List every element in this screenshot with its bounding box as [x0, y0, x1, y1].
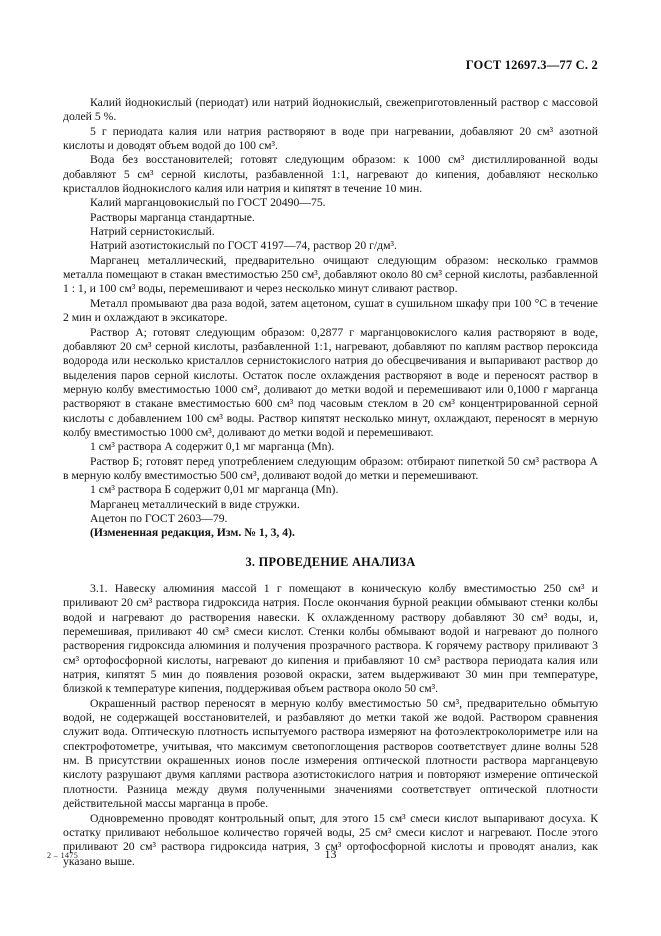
- paragraph: 1 см³ раствора А содержит 0,1 мг марганц…: [63, 440, 598, 454]
- print-order-number: 2 – 1475: [47, 851, 78, 860]
- paragraph: Марганец металлический в виде стружки.: [63, 498, 598, 512]
- paragraph: Окрашенный раствор переносят в мерную ко…: [63, 697, 598, 812]
- paragraph: Раствор А; готовят следующим образом: 0,…: [63, 326, 598, 441]
- paragraph: Калий марганцовокислый по ГОСТ 20490—75.: [63, 196, 598, 210]
- document-footer: 13 2 – 1475: [0, 847, 661, 865]
- paragraph: Ацетон по ГОСТ 2603—79.: [63, 512, 598, 526]
- paragraph: Раствор Б; готовят перед употреблением с…: [63, 455, 598, 484]
- paragraph: Вода без восстановителей; готовят следую…: [63, 153, 598, 196]
- paragraph: 3.1. Навеску алюминия массой 1 г помещаю…: [63, 582, 598, 697]
- paragraph: Натрий азотистокислый по ГОСТ 4197—74, р…: [63, 239, 598, 253]
- paragraph: Калий йоднокислый (периодат) или натрий …: [63, 96, 598, 125]
- paragraph: 1 см³ раствора Б содержит 0,01 мг марган…: [63, 483, 598, 497]
- page-number: 13: [0, 847, 661, 862]
- paragraph: 5 г периодата калия или натрия растворяю…: [63, 125, 598, 154]
- paragraph: Натрий сернистокислый.: [63, 225, 598, 239]
- document-header: ГОСТ 12697.3—77 С. 2: [63, 58, 598, 73]
- document-body: Калий йоднокислый (периодат) или натрий …: [63, 96, 598, 869]
- section-heading: 3. ПРОВЕДЕНИЕ АНАЛИЗА: [63, 555, 598, 569]
- paragraph: Металл промывают два раза водой, затем а…: [63, 297, 598, 326]
- amendment-note: (Измененная редакция, Изм. № 1, 3, 4).: [63, 526, 598, 540]
- paragraph: Марганец металлический, предварительно о…: [63, 254, 598, 297]
- document-page: ГОСТ 12697.3—77 С. 2 Калий йоднокислый (…: [0, 0, 661, 936]
- paragraph: Растворы марганца стандартные.: [63, 211, 598, 225]
